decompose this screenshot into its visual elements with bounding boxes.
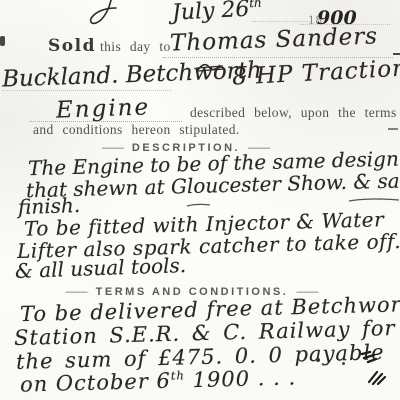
date-handwritten: July 26th [171,0,262,26]
date-day-suffix: th [249,0,262,10]
pen-dash-mark [348,196,400,204]
header-dash-left: —— [66,286,88,298]
scan-edge-mark [388,128,398,130]
buyer-name: Thomas Sanders [170,23,379,56]
scan-edge-mark [393,53,400,55]
stipulated-printed-text: and conditions hereon stipulated. [33,122,240,138]
date-fill-line [252,21,310,22]
signature-flourish [86,0,120,26]
described-printed-text: described below, upon the terms [190,105,397,121]
item-handwritten: Engine [56,94,151,123]
sold-printed-text: this day to [100,39,171,55]
sold-label: Sold [48,36,96,56]
correction-scribble [196,58,226,76]
ink-dot [342,362,345,365]
terms-line4-post: 1900 . . . [185,365,297,392]
description-line: & all usual tools. [15,253,187,283]
date-month-day: July 26 [171,0,250,26]
header-dash-left: —— [102,142,124,154]
terms-line4-pre: on October 6 [20,369,171,397]
terms-line4-suffix: th [171,368,185,382]
ink-blot [0,36,5,46]
pen-dash-mark [186,201,212,209]
address-fill-line [2,90,172,91]
ink-blot [366,368,388,388]
ink-dot [316,358,320,362]
